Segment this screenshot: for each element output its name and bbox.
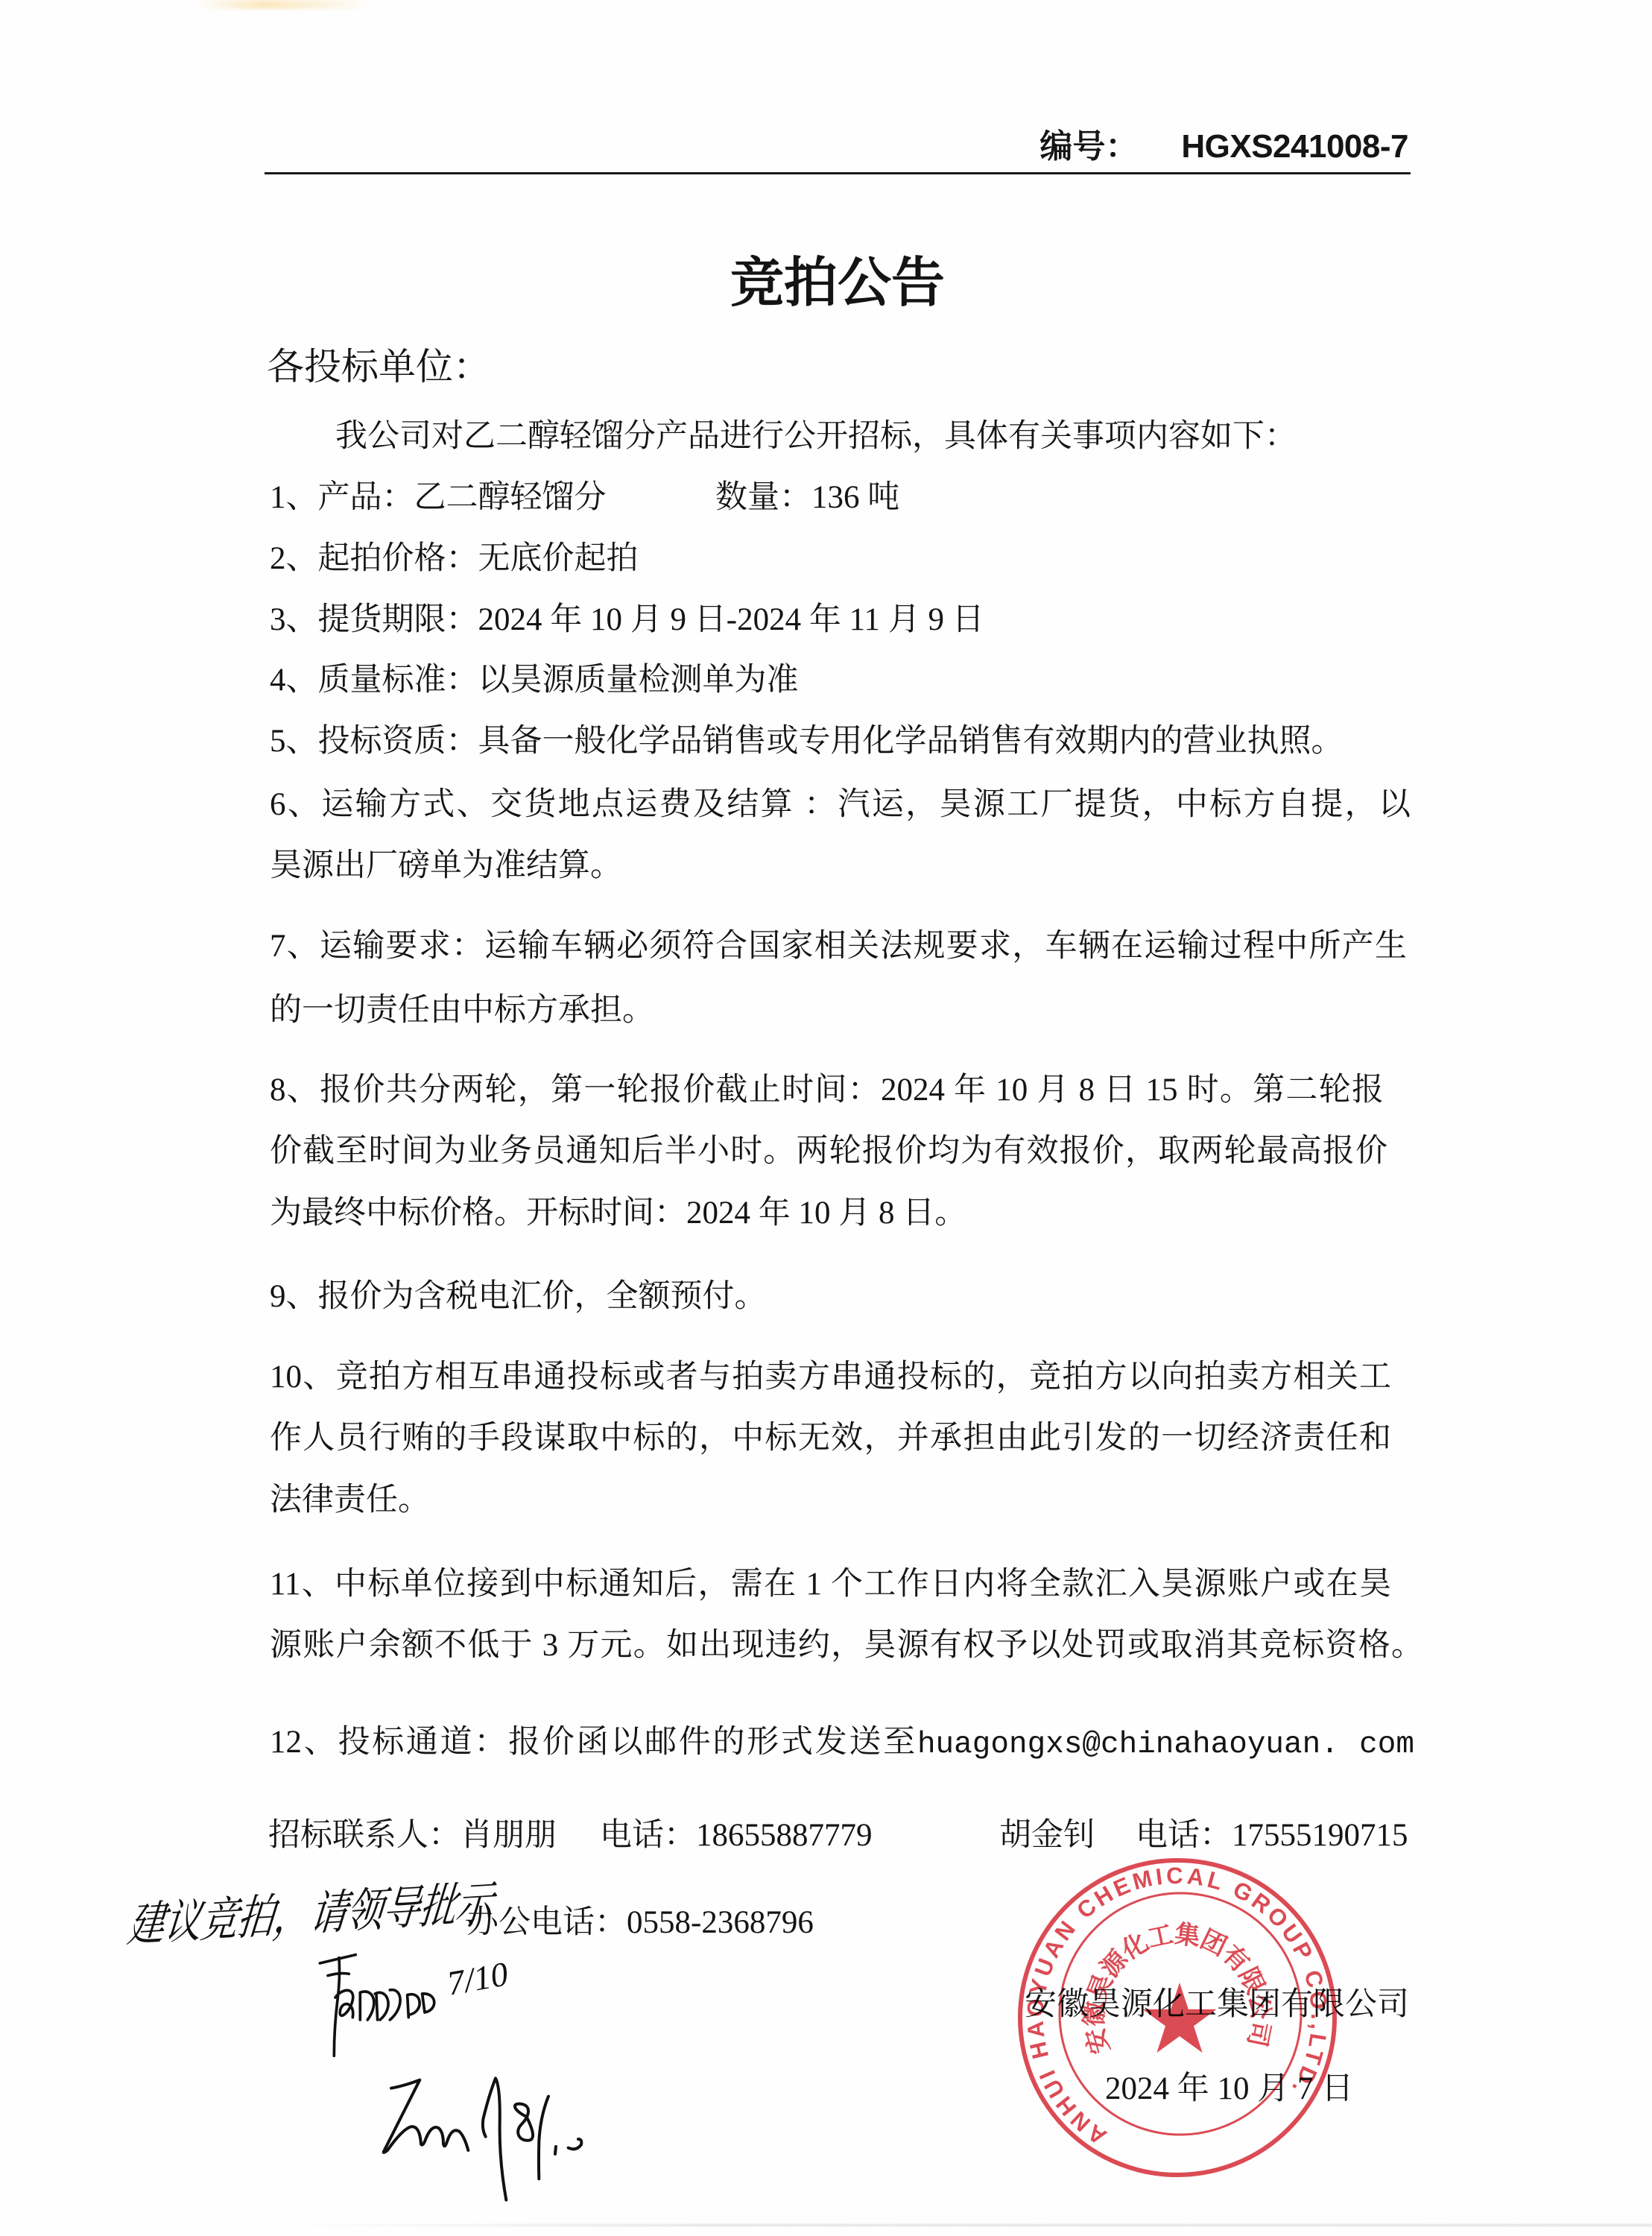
signature-stroke (375, 1992, 388, 2020)
handwritten-date: 7/10 (443, 1951, 511, 2006)
signature-stroke (334, 1958, 339, 2056)
item-line: 昊源出厂磅单为准结算。 (270, 844, 622, 888)
item-line: 11、中标单位接到中标通知后，需在 1 个工作日内将全款汇入昊源账户或在昊 (270, 1562, 1391, 1607)
item-line: 4、质量标准：以昊源质量检测单为准 (270, 658, 799, 703)
signature-stroke (360, 1992, 374, 2020)
email-link[interactable]: huagongxs@chinahaoyuan. com (917, 1728, 1414, 1762)
signature-2 (384, 2078, 582, 2199)
signature-stroke (555, 2147, 556, 2154)
signature-stroke (384, 2080, 469, 2153)
signature-stroke (320, 1955, 355, 1963)
item-line: 10、竞拍方相互串通投标或者与拍卖方串通投标的，竞拍方以向拍卖方相关工 (270, 1355, 1391, 1400)
item-line: 3、提货期限：2024 年 10 月 9 日-2024 年 11 月 9 日 (270, 598, 984, 642)
handwritten-note: 建议竞拍，请领导批示 (124, 1870, 496, 1958)
contacts-label: 招标联系人： (268, 1818, 461, 1853)
issuer-company: 安徽昊源化工集团有限公司 (1025, 1983, 1409, 2027)
item-line: 8、报价共分两轮，第一轮报价截止时间：2024 年 10 月 8 日 15 时。… (270, 1068, 1384, 1113)
item-line: 12、投标通道：报价函以邮件的形式发送至huagongxs@chinahaoyu… (270, 1720, 1414, 1765)
item-line: 2、起拍价格：无底价起拍 (270, 537, 639, 581)
signature-stroke (335, 1990, 353, 2017)
item-line: 7、运输要求：运输车辆必须符合国家相关法规要求，车辆在运输过程中所产生 (270, 924, 1407, 969)
signature-stroke (569, 2139, 582, 2149)
salutation: 各投标单位： (267, 341, 490, 393)
signature-stroke (515, 2104, 533, 2141)
document-number: 编号：HGXS241008-7 (1039, 124, 1408, 169)
phone-label: 电话： (1136, 1818, 1232, 1853)
item-line: 作人员行贿的手段谋取中标的，中标无效，并承担由此引发的一切经济责任和 (270, 1416, 1391, 1461)
item-line-text: 12、投标通道：报价函以邮件的形式发送至 (270, 1725, 917, 1760)
office-phone: 办公电话：0558-2368796 (466, 1901, 814, 1945)
document-number-label: 编号： (1039, 128, 1138, 165)
phone-label: 电话： (600, 1818, 696, 1853)
item-line: 6、运输方式、交货地点运费及结算 ：汽运，昊源工厂提货，中标方自提，以 (270, 783, 1411, 827)
signature-stroke (408, 1995, 420, 2018)
item-quantity: 数量：136 吨 (715, 476, 899, 520)
item-line: 为最终中标价格。开标时间：2024 年 10 月 8 日。 (270, 1191, 966, 1236)
contact-2-phone: 电话：17555190715 (1136, 1813, 1408, 1858)
signature-1 (320, 1955, 434, 2056)
item-line: 的一切责任由中标方承担。 (270, 988, 654, 1033)
item-line: 9、报价为含税电汇价，全额预付。 (270, 1275, 767, 1319)
office-phone-number: 0558-2368796 (627, 1905, 814, 1940)
page-title: 竞拍公告 (614, 249, 1061, 316)
scan-artifact (194, 0, 373, 9)
signature-stroke (483, 2078, 506, 2199)
page-edge (283, 2224, 1652, 2226)
phone-number: 17555190715 (1232, 1818, 1408, 1853)
document-number-value: HGXS241008-7 (1181, 128, 1408, 165)
signature-stroke (328, 1974, 349, 1976)
signature-stroke (423, 1994, 434, 2012)
item-line: 法律责任。 (270, 1478, 430, 1523)
issue-date: 2024 年 10 月 7 日 (1105, 2067, 1353, 2112)
signature-stroke (390, 1990, 400, 2020)
item-line: 源账户余额不低于 3 万元。如出现违约，昊源有权予以处罚或取消其竞标资格。 (270, 1623, 1423, 1668)
contact-name: 胡金钊 (999, 1813, 1095, 1858)
item-line: 1、产品：乙二醇轻馏分 (270, 476, 607, 520)
item-line: 5、投标资质：具备一般化学品销售或专用化学品销售有效期内的营业执照。 (270, 719, 1344, 764)
phone-number: 18655887779 (696, 1818, 873, 1853)
signature-stroke (539, 2097, 548, 2179)
contact-name: 肖朋朋 (461, 1818, 557, 1853)
contact-1-phone: 电话：18655887779 (600, 1813, 873, 1858)
intro-paragraph: 我公司对乙二醇轻馏分产品进行公开招标，具体有关事项内容如下： (335, 414, 1297, 459)
item-line: 价截至时间为业务员通知后半小时。两轮报价均为有效报价，取两轮最高报价 (270, 1129, 1387, 1174)
contact-1: 招标联系人：肖朋朋 (268, 1813, 557, 1858)
header-divider (265, 172, 1411, 174)
